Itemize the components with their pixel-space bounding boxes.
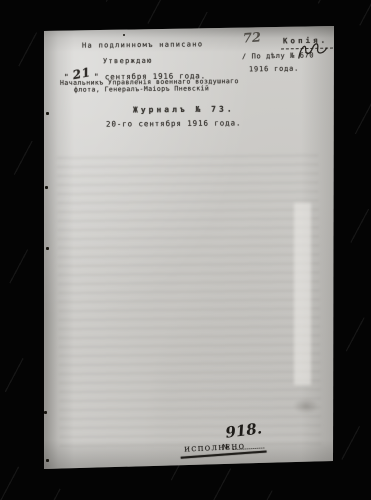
signatory-line-2: флота, Генералъ-Маіоръ Пневскій [74,84,209,93]
executed-stamp: исполнено № 918. [179,422,291,462]
approval-word: Утверждаю [103,57,153,66]
binding-speck [45,186,48,189]
archive-photo: На подлинномъ написано Утверждаю "21" се… [0,0,371,500]
binding-speck [46,247,49,250]
binding-speck [44,411,47,414]
handwritten-flourish [295,38,332,65]
dust-speck [123,34,125,36]
stamp-dotted-leader [232,447,264,450]
stamp-number-sign: № [222,442,230,451]
paper-light-strip [294,203,311,385]
handwritten-sheet-number: 72 [242,30,261,46]
binding-speck [46,459,49,462]
journal-title: Журналъ № 73. [133,105,235,115]
case-year-line: 1916 года. [249,65,299,74]
bleedthrough-ghost-text [56,149,321,448]
ink-smudge [293,398,319,414]
handwritten-stamp-number: 918. [224,419,262,441]
journal-date: 20-го сентября 1916 года. [106,118,241,128]
approval-note-line: На подлинномъ написано [82,40,203,49]
binding-speck [46,112,49,115]
